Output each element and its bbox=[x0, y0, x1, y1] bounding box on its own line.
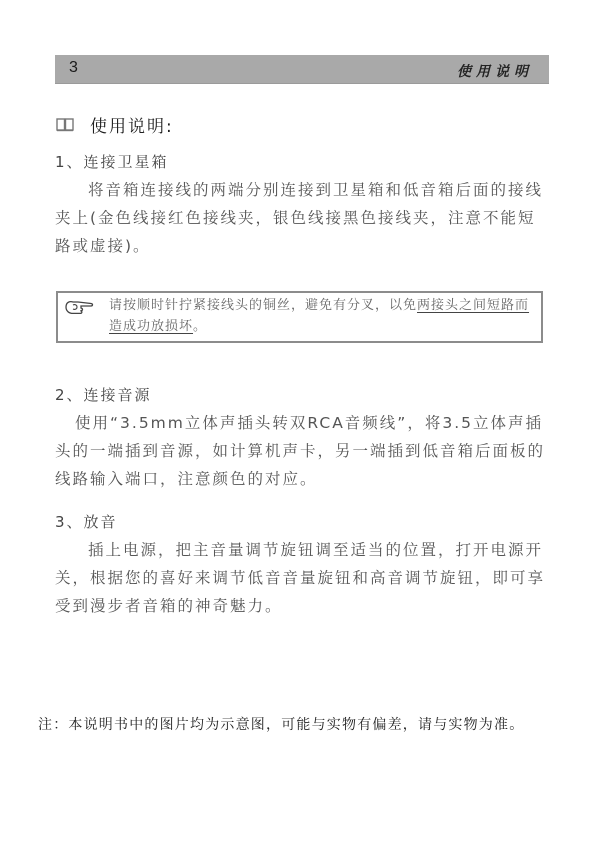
footer-disclaimer: 注：本说明书中的图片均为示意图，可能与实物有偏差，请与实物为准。 bbox=[38, 714, 524, 734]
book-icon bbox=[56, 118, 74, 132]
section-heading: 使用说明: bbox=[56, 112, 174, 137]
note-text: 请按顺时针拧紧接线头的铜丝，避免有分叉，以免两接头之间短路而造成功放损坏。 bbox=[109, 295, 537, 337]
page-header-bar: 3 使用说明 bbox=[55, 55, 549, 84]
step-3-title: 3、放音 bbox=[55, 509, 545, 536]
header-title: 使用说明 bbox=[457, 61, 533, 81]
step-1-body: 将音箱连接线的两端分别连接到卫星箱和低音箱后面的接线夹上(金色线接红色接线夹，银… bbox=[55, 176, 545, 260]
step-3-body: 插上电源，把主音量调节旋钮调至适当的位置，打开电源开关，根据您的喜好来调节低音音… bbox=[55, 536, 545, 620]
step-1-title: 1、连接卫星箱 bbox=[55, 149, 545, 176]
step-1: 1、连接卫星箱 将音箱连接线的两端分别连接到卫星箱和低音箱后面的接线夹上(金色线… bbox=[55, 149, 545, 260]
step-2-title: 2、连接音源 bbox=[55, 382, 545, 409]
step-2: 2、连接音源 使用“3.5mm立体声插头转双RCA音频线”，将3.5立体声插头的… bbox=[55, 382, 545, 493]
section-heading-text: 使用说明: bbox=[90, 112, 174, 137]
pointing-hand-icon bbox=[64, 299, 94, 315]
step-3: 3、放音 插上电源，把主音量调节旋钮调至适当的位置，打开电源开关，根据您的喜好来… bbox=[55, 509, 545, 620]
note-box: 请按顺时针拧紧接线头的铜丝，避免有分叉，以免两接头之间短路而造成功放损坏。 bbox=[56, 291, 543, 343]
note-text-plain: 请按顺时针拧紧接线头的铜丝，避免有分叉，以免 bbox=[109, 298, 417, 313]
page-number: 3 bbox=[69, 59, 78, 77]
step-2-body: 使用“3.5mm立体声插头转双RCA音频线”，将3.5立体声插头的一端插到音源，… bbox=[55, 409, 545, 493]
note-text-end: 。 bbox=[193, 319, 207, 334]
